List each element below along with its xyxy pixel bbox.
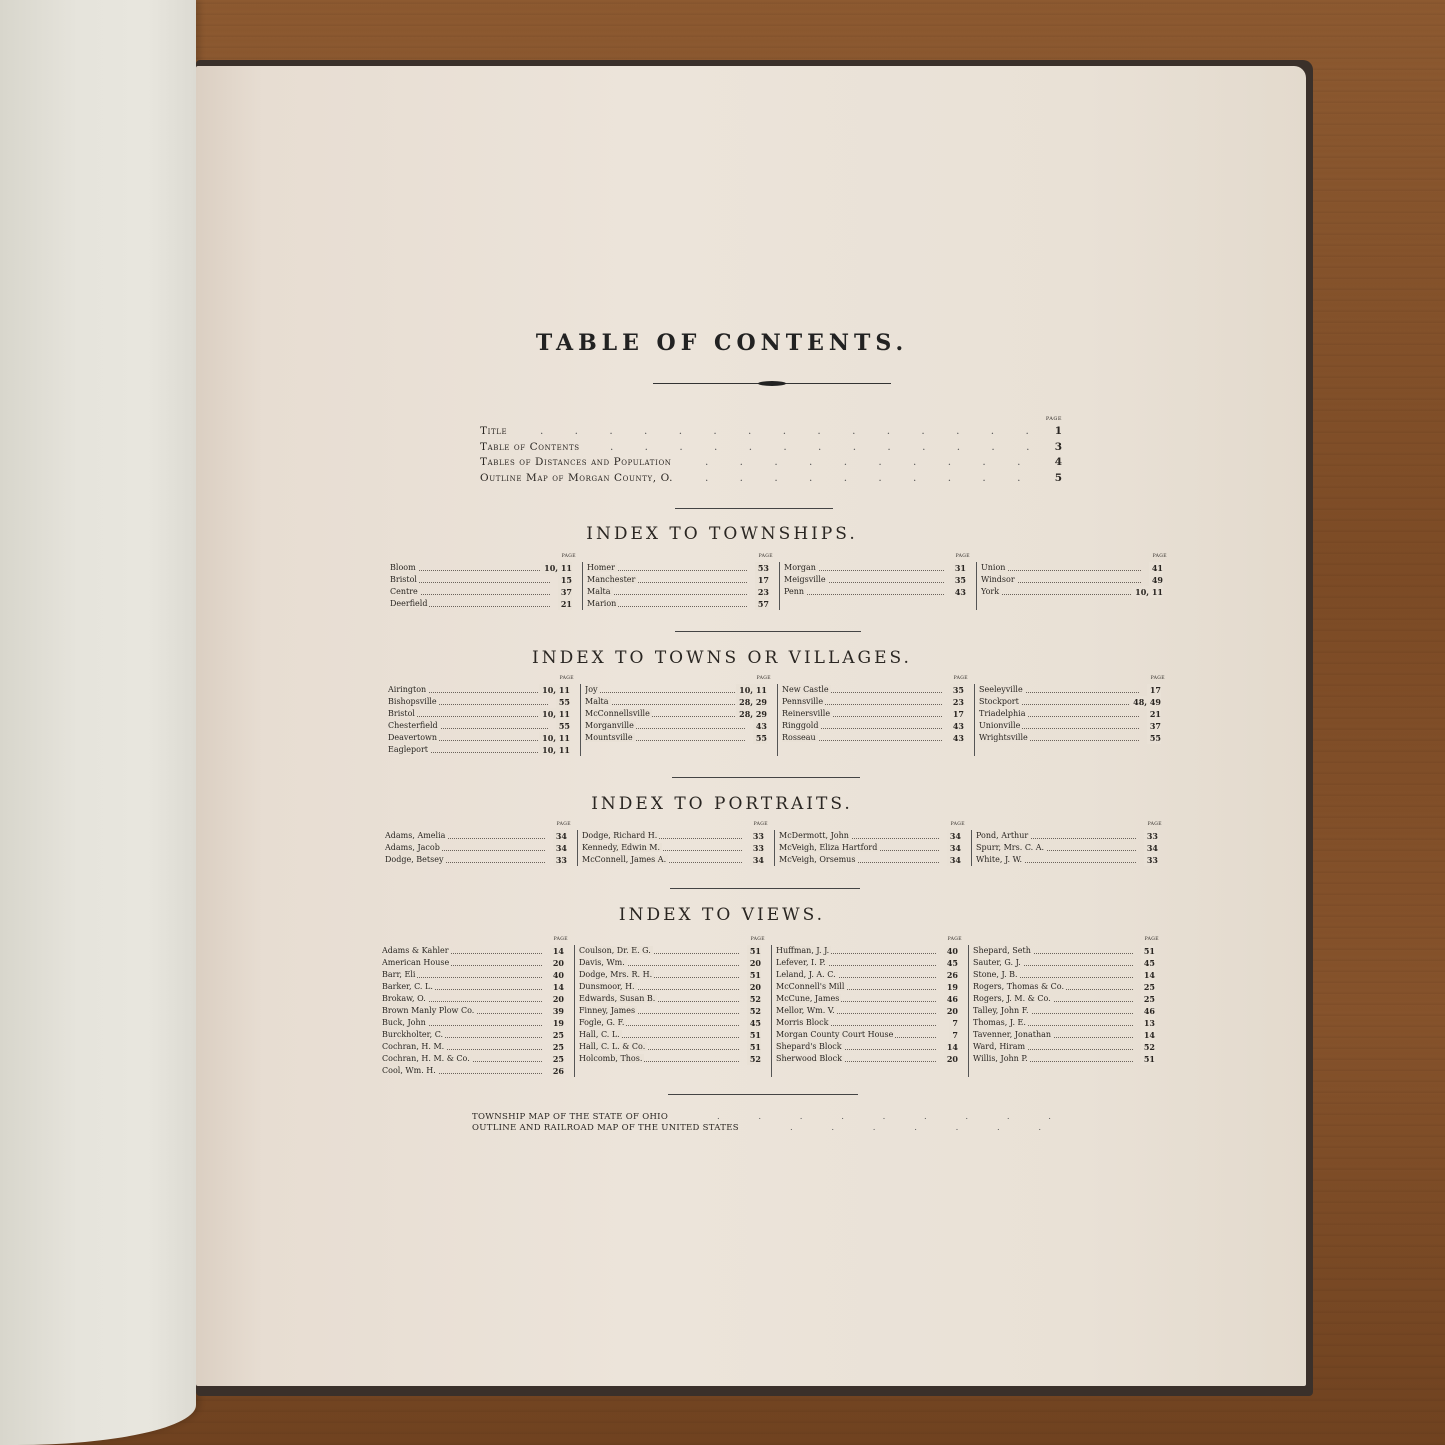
- dot-leader: [784, 594, 944, 595]
- dot-leader: [981, 594, 1141, 595]
- entry-page-number: 26: [550, 1065, 564, 1077]
- index-entry: Davis, Wm.20: [579, 957, 767, 969]
- entry-name: Rogers, Thomas & Co.: [973, 982, 1066, 991]
- entry-label: TOWNSHIP MAP OF THE STATE OF OHIO: [472, 1112, 668, 1122]
- entry-name: McVeigh, Eliza Hartford: [779, 843, 879, 852]
- index-entry: Dodge, Betsey33: [385, 854, 573, 866]
- entry-name: Adams, Amelia: [385, 831, 447, 840]
- entry-page-number: 14: [550, 981, 564, 993]
- entry-name: Penn: [784, 587, 806, 596]
- entry-name: Stockport: [979, 697, 1021, 706]
- entry-page-number: 40: [944, 945, 958, 957]
- entry-name: Tavenner, Jonathan: [973, 1030, 1053, 1039]
- entry-name: Huffman, J. J.: [776, 946, 831, 955]
- entry-page-number: 20: [944, 1053, 958, 1065]
- entry-page-number: 51: [747, 945, 761, 957]
- entry-name: McConnellsville: [585, 709, 652, 718]
- entry-name: Bishopsville: [388, 697, 439, 706]
- index-entry: Morgan County Court House7: [776, 1029, 964, 1041]
- index-entry: Adams, Jacob34: [385, 842, 573, 854]
- entry-name: Adams & Kahler: [382, 946, 451, 955]
- entry-page-number: 52: [1141, 1041, 1155, 1053]
- entry-page-number: 21: [558, 598, 572, 610]
- entry-name: Triadelphia: [979, 709, 1028, 718]
- entry-name: Shepard, Seth: [973, 946, 1033, 955]
- entry-page-number: 5: [1055, 471, 1062, 487]
- page-title: TABLE OF CONTENTS.: [0, 330, 1445, 356]
- entry-page-number: 51: [747, 1029, 761, 1041]
- index-entry: Sherwood Block20: [776, 1053, 964, 1065]
- entry-page-number: 26: [944, 969, 958, 981]
- page-column-header: PAGE: [757, 676, 771, 681]
- index-entry: Edwards, Susan B.52: [579, 993, 767, 1005]
- entry-label: OUTLINE AND RAILROAD MAP OF THE UNITED S…: [472, 1123, 739, 1133]
- map-entry: TOWNSHIP MAP OF THE STATE OF OHIO. . . .…: [472, 1112, 1052, 1123]
- entry-label: Table of Contents: [480, 440, 580, 456]
- index-entry: McCune, James46: [776, 993, 964, 1005]
- entry-name: American House: [382, 958, 451, 967]
- entry-page-number: 28, 29: [736, 708, 767, 720]
- entry-page-number: 34: [553, 842, 567, 854]
- index-entry: Hall, C. L. & Co.51: [579, 1041, 767, 1053]
- entry-name: Homer: [587, 563, 617, 572]
- entry-page-number: 43: [952, 586, 966, 598]
- index-entry: Shepard, Seth51: [973, 945, 1161, 957]
- index-column: PAGEShepard, Seth51Sauter, G. J.45Stone,…: [973, 945, 1165, 1077]
- entry-label: Title: [480, 424, 507, 440]
- index-entry: Morris Block7: [776, 1017, 964, 1029]
- entry-page-number: 46: [944, 993, 958, 1005]
- index-entry: Chesterfield55: [388, 720, 576, 732]
- index-entry: Leland, J. A. C.26: [776, 969, 964, 981]
- entry-name: Burckholter, C.: [382, 1030, 445, 1039]
- entry-page-number: 33: [1144, 830, 1158, 842]
- entry-page-number: 49: [1149, 574, 1163, 586]
- entry-page-number: 17: [755, 574, 769, 586]
- entry-name: Morgan: [784, 563, 818, 572]
- index-column: PAGEBloom10, 11Bristol15Centre37Deerfiel…: [390, 562, 583, 610]
- index-entry: Buck, John19: [382, 1017, 570, 1029]
- entry-page-number: 46: [1141, 1005, 1155, 1017]
- entry-page-number: 7: [949, 1017, 958, 1029]
- index-entry: Spurr, Mrs. C. A.34: [976, 842, 1164, 854]
- entry-page-number: 28, 29: [736, 696, 767, 708]
- entry-page-number: 52: [747, 1005, 761, 1017]
- index-entry: Coulson, Dr. E. G.51: [579, 945, 767, 957]
- entry-name: Marion: [587, 599, 618, 608]
- entry-name: Ringgold: [782, 721, 820, 730]
- entry-name: McConnell's Mill: [776, 982, 846, 991]
- page-column-header: PAGE: [759, 554, 773, 559]
- entry-name: Rosseau: [782, 733, 818, 742]
- entry-label: Tables of Distances and Population: [480, 455, 672, 471]
- index-entry: Adams & Kahler14: [382, 945, 570, 957]
- entry-page-number: 14: [1141, 969, 1155, 981]
- index-entry: Cochran, H. M.25: [382, 1041, 570, 1053]
- page-column-header: PAGE: [954, 676, 968, 681]
- entry-name: Chesterfield: [388, 721, 440, 730]
- page-column-header: PAGE: [1153, 554, 1167, 559]
- index-entry: Barker, C. L.14: [382, 981, 570, 993]
- entry-page-number: 4: [1055, 455, 1062, 471]
- townships-index: PAGEBloom10, 11Bristol15Centre37Deerfiel…: [390, 562, 1177, 610]
- entry-page-number: 25: [550, 1041, 564, 1053]
- entry-name: Malta: [585, 697, 611, 706]
- index-column: PAGEHomer53Manchester17Malta23Marion57: [587, 562, 780, 610]
- index-entry: Meigsville35: [784, 574, 972, 586]
- index-entry: Wrightsville55: [979, 732, 1167, 744]
- entry-page-number: 23: [755, 586, 769, 598]
- index-entry: Homer53: [587, 562, 775, 574]
- entry-page-number: 10, 11: [539, 708, 570, 720]
- entry-name: Talley, John F.: [973, 1006, 1031, 1015]
- index-entry: Holcomb, Thos.52: [579, 1053, 767, 1065]
- entry-name: Manchester: [587, 575, 637, 584]
- entry-name: Thomas, J. E.: [973, 1018, 1028, 1027]
- entry-name: Coulson, Dr. E. G.: [579, 946, 653, 955]
- entry-name: Leland, J. A. C.: [776, 970, 838, 979]
- entry-name: Fogle, G. F.: [579, 1018, 626, 1027]
- entry-name: Reinersville: [782, 709, 832, 718]
- entry-name: Bloom: [390, 563, 418, 572]
- page-column-header: PAGE: [1145, 937, 1159, 942]
- entry-page-number: 13: [1141, 1017, 1155, 1029]
- entry-name: Unionville: [979, 721, 1022, 730]
- index-column: PAGEAdams & Kahler14American House20Barr…: [382, 945, 575, 1077]
- entry-name: Pond, Arthur: [976, 831, 1030, 840]
- index-entry: Bristol15: [390, 574, 578, 586]
- entry-page-number: 34: [947, 830, 961, 842]
- dot-leader: . . . . . . . . . . . . . . . . . . . . …: [790, 1123, 1052, 1134]
- index-entry: Thomas, J. E.13: [973, 1017, 1161, 1029]
- index-entry: American House20: [382, 957, 570, 969]
- index-entry: Morgan31: [784, 562, 972, 574]
- entry-page-number: 41: [1149, 562, 1163, 574]
- entry-name: Centre: [390, 587, 420, 596]
- index-column: PAGEDodge, Richard H.33Kennedy, Edwin M.…: [582, 830, 775, 866]
- entry-page-number: 52: [747, 993, 761, 1005]
- entry-page-number: 43: [950, 732, 964, 744]
- entry-page-number: 35: [950, 684, 964, 696]
- index-entry: McVeigh, Eliza Hartford34: [779, 842, 967, 854]
- entry-label: Outline Map of Morgan County, O.: [480, 471, 673, 487]
- index-column: PAGEPond, Arthur33Spurr, Mrs. C. A.34Whi…: [976, 830, 1168, 866]
- index-entry: Union41: [981, 562, 1169, 574]
- index-entry: McConnell, James A.34: [582, 854, 770, 866]
- index-entry: Bristol10, 11: [388, 708, 576, 720]
- entry-name: Lefever, I. P.: [776, 958, 828, 967]
- index-entry: White, J. W.33: [976, 854, 1164, 866]
- dot-leader: . . . . . . . . . . . . . . . . . . . . …: [705, 471, 1038, 487]
- views-index: PAGEAdams & Kahler14American House20Barr…: [382, 945, 1169, 1077]
- entry-name: Dodge, Richard H.: [582, 831, 659, 840]
- entry-page-number: 33: [750, 842, 764, 854]
- contents-entry: Tables of Distances and Population. . . …: [480, 455, 1062, 471]
- entry-page-number: 10, 11: [539, 684, 570, 696]
- index-column: PAGESeeleyville17Stockport48, 49Triadelp…: [979, 684, 1171, 756]
- entry-page-number: 35: [952, 574, 966, 586]
- views-title: INDEX TO VIEWS.: [0, 905, 1445, 925]
- index-entry: Morganville43: [585, 720, 773, 732]
- entry-name: Sauter, G. J.: [973, 958, 1023, 967]
- entry-page-number: 25: [1141, 993, 1155, 1005]
- page-column-header: PAGE: [560, 676, 574, 681]
- entry-name: Dodge, Mrs. R. H.: [579, 970, 654, 979]
- entry-page-number: 45: [1141, 957, 1155, 969]
- main-contents-list: PAGE Title. . . . . . . . . . . . . . . …: [480, 416, 1062, 486]
- entry-page-number: 51: [1141, 945, 1155, 957]
- portraits-title: INDEX TO PORTRAITS.: [0, 794, 1445, 814]
- page-column-header: PAGE: [557, 822, 571, 827]
- entry-name: Shepard's Block: [776, 1042, 844, 1051]
- entry-page-number: 10, 11: [736, 684, 767, 696]
- index-entry: Willis, John P.51: [973, 1053, 1161, 1065]
- index-entry: Stone, J. B.14: [973, 969, 1161, 981]
- map-entry: OUTLINE AND RAILROAD MAP OF THE UNITED S…: [472, 1123, 1052, 1134]
- entry-name: McConnell, James A.: [582, 855, 668, 864]
- entry-name: Eagleport: [388, 745, 430, 754]
- entry-name: Dunsmoor, H.: [579, 982, 637, 991]
- index-entry: Triadelphia21: [979, 708, 1167, 720]
- entry-page-number: 17: [1147, 684, 1161, 696]
- index-column: PAGENew Castle35Pennsville23Reinersville…: [782, 684, 975, 756]
- entry-name: Cochran, H. M. & Co.: [382, 1054, 472, 1063]
- entry-name: Morgan County Court House: [776, 1030, 895, 1039]
- entry-page-number: 33: [1144, 854, 1158, 866]
- entry-page-number: 20: [550, 993, 564, 1005]
- entry-name: Spurr, Mrs. C. A.: [976, 843, 1046, 852]
- entry-name: Cochran, H. M.: [382, 1042, 446, 1051]
- index-entry: New Castle35: [782, 684, 970, 696]
- index-entry: Reinersville17: [782, 708, 970, 720]
- entry-page-number: 55: [1147, 732, 1161, 744]
- entry-name: Pennsville: [782, 697, 825, 706]
- entry-name: Seeleyville: [979, 685, 1025, 694]
- section-divider: [670, 888, 860, 889]
- entry-page-number: 43: [950, 720, 964, 732]
- entry-page-number: 25: [550, 1053, 564, 1065]
- contents-entry: Table of Contents. . . . . . . . . . . .…: [480, 440, 1062, 456]
- index-entry: Pennsville23: [782, 696, 970, 708]
- index-entry: McVeigh, Orsemus34: [779, 854, 967, 866]
- entry-name: Malta: [587, 587, 613, 596]
- entry-name: Stone, J. B.: [973, 970, 1020, 979]
- index-entry: Cool, Wm. H.26: [382, 1065, 570, 1077]
- index-entry: Malta28, 29: [585, 696, 773, 708]
- entry-name: Buck, John: [382, 1018, 428, 1027]
- dot-leader: . . . . . . . . . . . . . . . . . . . . …: [705, 455, 1038, 471]
- entry-page-number: 52: [747, 1053, 761, 1065]
- index-entry: Dunsmoor, H.20: [579, 981, 767, 993]
- dot-leader: . . . . . . . . . . . . . . . . . . . . …: [717, 1112, 1052, 1123]
- entry-page-number: 14: [944, 1041, 958, 1053]
- index-entry: McConnell's Mill19: [776, 981, 964, 993]
- page-content: TABLE OF CONTENTS. PAGE Title. . . . . .…: [0, 0, 1445, 1445]
- index-entry: Cochran, H. M. & Co.25: [382, 1053, 570, 1065]
- entry-name: Morris Block: [776, 1018, 830, 1027]
- index-entry: Dodge, Mrs. R. H.51: [579, 969, 767, 981]
- entry-name: Davis, Wm.: [579, 958, 627, 967]
- entry-name: York: [981, 587, 1001, 596]
- entry-page-number: 34: [750, 854, 764, 866]
- index-entry: York10, 11: [981, 586, 1169, 598]
- section-divider: [675, 508, 833, 509]
- additional-maps-list: TOWNSHIP MAP OF THE STATE OF OHIO. . . .…: [472, 1112, 1052, 1134]
- entry-page-number: 23: [950, 696, 964, 708]
- index-entry: Talley, John F.46: [973, 1005, 1161, 1017]
- index-column: PAGECoulson, Dr. E. G.51Davis, Wm.20Dodg…: [579, 945, 772, 1077]
- entry-page-number: 31: [952, 562, 966, 574]
- entry-page-number: 43: [753, 720, 767, 732]
- entry-name: Morganville: [585, 721, 636, 730]
- index-entry: McDermott, John34: [779, 830, 967, 842]
- entry-page-number: 19: [944, 981, 958, 993]
- entry-name: Deerfield: [390, 599, 429, 608]
- index-entry: Burckholter, C.25: [382, 1029, 570, 1041]
- entry-page-number: 10, 11: [539, 732, 570, 744]
- entry-page-number: 53: [755, 562, 769, 574]
- entry-name: Windsor: [981, 575, 1017, 584]
- entry-page-number: 55: [556, 696, 570, 708]
- entry-name: Holcomb, Thos.: [579, 1054, 644, 1063]
- entry-page-number: 14: [550, 945, 564, 957]
- index-entry: Rogers, J. M. & Co.25: [973, 993, 1161, 1005]
- index-entry: Dodge, Richard H.33: [582, 830, 770, 842]
- entry-page-number: 51: [1141, 1053, 1155, 1065]
- index-entry: Airington10, 11: [388, 684, 576, 696]
- entry-name: McDermott, John: [779, 831, 851, 840]
- dot-leader: . . . . . . . . . . . . . . . . . . . . …: [610, 440, 1038, 456]
- entry-page-number: 34: [947, 842, 961, 854]
- portraits-index: PAGEAdams, Amelia34Adams, Jacob34Dodge, …: [385, 830, 1172, 866]
- title-ornament-divider: [653, 380, 891, 388]
- index-entry: Windsor49: [981, 574, 1169, 586]
- index-entry: Seeleyville17: [979, 684, 1167, 696]
- entry-name: Finney, James: [579, 1006, 637, 1015]
- index-entry: Kennedy, Edwin M.33: [582, 842, 770, 854]
- index-column: PAGEHuffman, J. J.40Lefever, I. P.45Lela…: [776, 945, 969, 1077]
- index-entry: Deavertown10, 11: [388, 732, 576, 744]
- entry-name: Joy: [585, 685, 600, 694]
- index-entry: Bishopsville55: [388, 696, 576, 708]
- entry-name: Hall, C. L.: [579, 1030, 622, 1039]
- entry-page-number: 1: [1055, 424, 1062, 440]
- index-entry: Shepard's Block14: [776, 1041, 964, 1053]
- page-column-header: PAGE: [1151, 676, 1165, 681]
- townships-title: INDEX TO TOWNSHIPS.: [0, 524, 1445, 544]
- index-column: PAGEUnion41Windsor49York10, 11: [981, 562, 1173, 610]
- entry-name: White, J. W.: [976, 855, 1024, 864]
- index-entry: Brokaw, O.20: [382, 993, 570, 1005]
- entry-name: McCune, James: [776, 994, 841, 1003]
- entry-page-number: 10, 11: [1132, 586, 1163, 598]
- page-column-header: PAGE: [562, 554, 576, 559]
- index-entry: Pond, Arthur33: [976, 830, 1164, 842]
- entry-page-number: 20: [747, 957, 761, 969]
- entry-page-number: 51: [747, 969, 761, 981]
- entry-name: Barr, Eli: [382, 970, 417, 979]
- entry-page-number: 45: [747, 1017, 761, 1029]
- index-entry: Deerfield21: [390, 598, 578, 610]
- entry-page-number: 37: [1147, 720, 1161, 732]
- index-column: PAGEAirington10, 11Bishopsville55Bristol…: [388, 684, 581, 756]
- entry-name: Bristol: [390, 575, 419, 584]
- index-entry: Penn43: [784, 586, 972, 598]
- index-entry: Lefever, I. P.45: [776, 957, 964, 969]
- entry-page-number: 19: [550, 1017, 564, 1029]
- entry-name: New Castle: [782, 685, 831, 694]
- entry-name: Edwards, Susan B.: [579, 994, 657, 1003]
- page-column-header: PAGE: [948, 937, 962, 942]
- entry-name: Hall, C. L. & Co.: [579, 1042, 647, 1051]
- index-column: PAGEAdams, Amelia34Adams, Jacob34Dodge, …: [385, 830, 578, 866]
- entry-page-number: 34: [1144, 842, 1158, 854]
- index-entry: Manchester17: [587, 574, 775, 586]
- section-divider: [675, 631, 861, 632]
- index-entry: Centre37: [390, 586, 578, 598]
- index-entry: Rogers, Thomas & Co.25: [973, 981, 1161, 993]
- index-entry: Malta23: [587, 586, 775, 598]
- index-entry: Joy10, 11: [585, 684, 773, 696]
- index-column: PAGEMcDermott, John34McVeigh, Eliza Hart…: [779, 830, 972, 866]
- entry-page-number: 55: [753, 732, 767, 744]
- entry-page-number: 15: [558, 574, 572, 586]
- entry-page-number: 14: [1141, 1029, 1155, 1041]
- entry-page-number: 21: [1147, 708, 1161, 720]
- page-column-header: PAGE: [754, 822, 768, 827]
- index-entry: Bloom10, 11: [390, 562, 578, 574]
- entry-name: McVeigh, Orsemus: [779, 855, 857, 864]
- index-entry: Finney, James52: [579, 1005, 767, 1017]
- index-entry: Hall, C. L.51: [579, 1029, 767, 1041]
- entry-name: Rogers, J. M. & Co.: [973, 994, 1053, 1003]
- entry-name: Dodge, Betsey: [385, 855, 445, 864]
- entry-name: Barker, C. L.: [382, 982, 435, 991]
- entry-name: Adams, Jacob: [385, 843, 442, 852]
- entry-name: Meigsville: [784, 575, 828, 584]
- entry-page-number: 25: [1141, 981, 1155, 993]
- index-entry: Ringgold43: [782, 720, 970, 732]
- entry-name: Airington: [388, 685, 428, 694]
- index-entry: Sauter, G. J.45: [973, 957, 1161, 969]
- index-entry: Unionville37: [979, 720, 1167, 732]
- entry-page-number: 10, 11: [541, 562, 572, 574]
- entry-page-number: 33: [553, 854, 567, 866]
- entry-name: Ward, Hiram: [973, 1042, 1027, 1051]
- index-entry: Brown Manly Plow Co.39: [382, 1005, 570, 1017]
- page-column-header: PAGE: [951, 822, 965, 827]
- index-entry: Stockport48, 49: [979, 696, 1167, 708]
- entry-name: Willis, John P.: [973, 1054, 1030, 1063]
- entry-page-number: 37: [558, 586, 572, 598]
- page-column-header: PAGE: [1148, 822, 1162, 827]
- entry-name: Sherwood Block: [776, 1054, 844, 1063]
- contents-entry: Title. . . . . . . . . . . . . . . . . .…: [480, 424, 1062, 440]
- index-entry: Barr, Eli40: [382, 969, 570, 981]
- towns-index: PAGEAirington10, 11Bishopsville55Bristol…: [388, 684, 1175, 756]
- index-entry: Adams, Amelia34: [385, 830, 573, 842]
- entry-name: Cool, Wm. H.: [382, 1066, 438, 1075]
- entry-name: Wrightsville: [979, 733, 1030, 742]
- index-entry: Marion57: [587, 598, 775, 610]
- entry-page-number: 34: [947, 854, 961, 866]
- entry-page-number: 55: [556, 720, 570, 732]
- entry-name: Kennedy, Edwin M.: [582, 843, 662, 852]
- entry-name: Bristol: [388, 709, 417, 718]
- index-column: PAGEMorgan31Meigsville35Penn43: [784, 562, 977, 610]
- towns-title: INDEX TO TOWNS OR VILLAGES.: [0, 648, 1445, 668]
- entry-page-number: 7: [949, 1029, 958, 1041]
